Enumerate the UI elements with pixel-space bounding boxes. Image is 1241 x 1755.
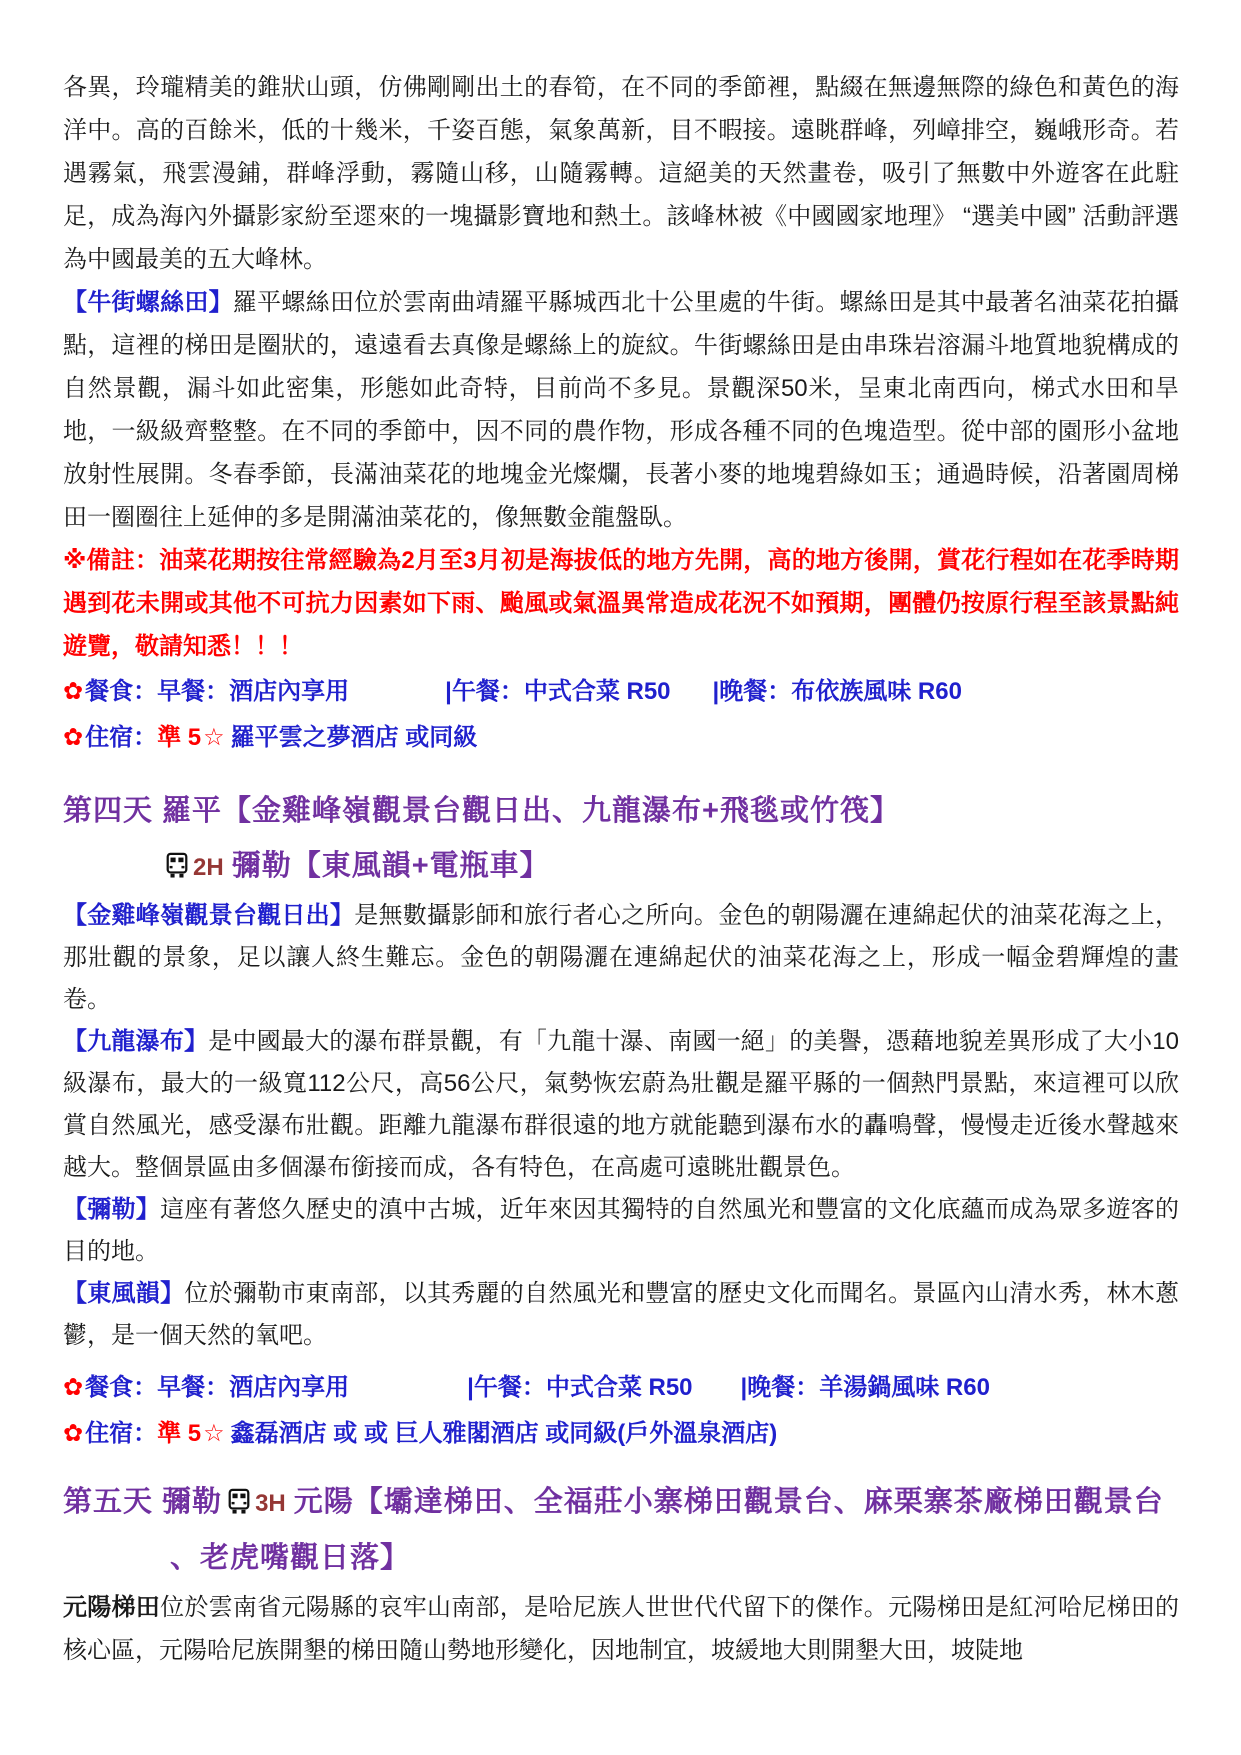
flower-icon: ✿ (63, 1374, 83, 1401)
section-text-yuanyang: 位於雲南省元陽縣的哀牢山南部，是哈尼族人世世代代留下的傑作。元陽梯田是紅河哈尼梯… (63, 1594, 1179, 1664)
section-yuanyang: 元陽梯田位於雲南省元陽縣的哀牢山南部，是哈尼族人世世代代留下的傑作。元陽梯田是紅… (63, 1586, 1179, 1672)
day4-header: 第四天 羅平【金雞峰嶺觀景台觀日出、九龍瀑布+飛毯或竹筏】 2H彌勒【東風韻+電… (63, 784, 1179, 895)
paragraph-peak-forest: 各異，玲瓏精美的錐狀山頭，仿佛剛剛出土的春筍，在不同的季節裡，點綴在無邊無際的綠… (63, 66, 1179, 281)
day5-header: 第五天 彌勒3H元陽【壩達梯田、全福莊小寨梯田觀景台、麻栗寨茶廠梯田觀景台 、老… (63, 1475, 1179, 1586)
hotel-name: 羅平雲之夢酒店 或同級 (231, 724, 478, 751)
dinner-value: |晚餐：羊湯鍋風味 R60 (741, 1374, 990, 1401)
section-text-dongfengyun: 位於彌勒市東南部，以其秀麗的自然風光和豐富的歷史文化而聞名。景區內山清水秀，林木… (63, 1280, 1179, 1349)
day4-lodging-line: ✿住宿：準 5☆鑫磊酒店 或 或 巨人雅閣酒店 或同級(戶外溫泉酒店) (63, 1411, 1179, 1457)
hotel-grade: 準 5 (157, 724, 201, 751)
breakfast-value: 早餐：酒店內享用 (157, 678, 349, 705)
hotel-name: 鑫磊酒店 或 或 巨人雅閣酒店 或同級(戶外溫泉酒店) (231, 1420, 778, 1447)
meals-label: 餐食： (85, 1374, 157, 1401)
star-icon: ☆ (203, 1420, 225, 1447)
section-text-mile: 這座有著悠久歷史的滇中古城，近年來因其獨特的自然風光和豐富的文化底蘊而成為眾多遊… (63, 1196, 1179, 1265)
section-title-niujie: 【牛街螺絲田】 (63, 289, 233, 316)
day4-destination: 彌勒【東風韻+電瓶車】 (232, 850, 550, 882)
day5-header-line1: 第五天 彌勒3H元陽【壩達梯田、全福莊小寨梯田觀景台、麻栗寨茶廠梯田觀景台 (63, 1475, 1179, 1531)
day4-meals-line: ✿餐食：早餐：酒店內享用|午餐：中式合菜 R50|晚餐：羊湯鍋風味 R60 (63, 1365, 1179, 1411)
section-title-yuanyang: 元陽梯田 (63, 1594, 160, 1621)
day4-header-line2: 2H彌勒【東風韻+電瓶車】 (63, 839, 1179, 895)
day5-header-line2: 、老虎嘴觀日落】 (63, 1531, 1179, 1586)
transfer-duration: 2H (193, 854, 224, 881)
section-title-dongfengyun: 【東風韻】 (63, 1280, 184, 1307)
day3-meals-lodging: ✿餐食：早餐：酒店內享用|午餐：中式合菜 R50|晚餐：布依族風味 R60 ✿住… (63, 669, 1179, 761)
lunch-value: |午餐：中式合菜 R50 (445, 678, 670, 705)
day5-day-label: 第五天 彌勒 (63, 1486, 222, 1518)
section-text-jiulong: 是中國最大的瀑布群景觀，有「九龍十瀑、南國一絕」的美譽，憑藉地貌差異形成了大小1… (63, 1028, 1179, 1181)
bus-icon (226, 1488, 252, 1514)
section-dongfengyun: 【東風韻】位於彌勒市東南部，以其秀麗的自然風光和豐富的歷史文化而聞名。景區內山清… (63, 1273, 1179, 1357)
section-title-jinji: 【金雞峰嶺觀景台觀日出】 (63, 902, 354, 929)
section-mile: 【彌勒】這座有著悠久歷史的滇中古城，近年來因其獨特的自然風光和豐富的文化底蘊而成… (63, 1189, 1179, 1273)
hotel-grade: 準 5 (157, 1420, 201, 1447)
day4-header-line1: 第四天 羅平【金雞峰嶺觀景台觀日出、九龍瀑布+飛毯或竹筏】 (63, 784, 1179, 839)
itinerary-page: 各異，玲瓏精美的錐狀山頭，仿佛剛剛出土的春筍，在不同的季節裡，點綴在無邊無際的綠… (0, 0, 1241, 1755)
star-icon: ☆ (203, 724, 225, 751)
dinner-value: |晚餐：布依族風味 R60 (713, 678, 962, 705)
section-title-mile: 【彌勒】 (63, 1196, 160, 1223)
day4-meals-lodging: ✿餐食：早餐：酒店內享用|午餐：中式合菜 R50|晚餐：羊湯鍋風味 R60 ✿住… (63, 1365, 1179, 1457)
flower-icon: ✿ (63, 724, 83, 751)
flower-icon: ✿ (63, 1420, 83, 1447)
section-title-jiulong: 【九龍瀑布】 (63, 1028, 208, 1055)
section-jiulong: 【九龍瀑布】是中國最大的瀑布群景觀，有「九龍十瀑、南國一絕」的美譽，憑藉地貌差異… (63, 1021, 1179, 1189)
lodging-label: 住宿： (85, 1420, 157, 1447)
day3-lodging-line: ✿住宿：準 5☆羅平雲之夢酒店 或同級 (63, 715, 1179, 761)
meals-label: 餐食： (85, 678, 157, 705)
day3-meals-line: ✿餐食：早餐：酒店內享用|午餐：中式合菜 R50|晚餐：布依族風味 R60 (63, 669, 1179, 715)
flower-icon: ✿ (63, 678, 83, 705)
lunch-value: |午餐：中式合菜 R50 (467, 1374, 692, 1401)
note-flower-season: ※備註：油菜花期按往常經驗為2月至3月初是海拔低的地方先開，高的地方後開，賞花行… (63, 539, 1179, 668)
section-text-niujie: 羅平螺絲田位於雲南曲靖羅平縣城西北十公里處的牛街。螺絲田是其中最著名油菜花拍攝點… (63, 289, 1179, 531)
lodging-label: 住宿： (85, 724, 157, 751)
bus-icon (164, 852, 190, 878)
breakfast-value: 早餐：酒店內享用 (157, 1374, 349, 1401)
day5-title-part1: 元陽【壩達梯田、全福莊小寨梯田觀景台、麻栗寨茶廠梯田觀景台 (294, 1486, 1164, 1518)
transfer-duration: 3H (255, 1490, 286, 1517)
section-jinji: 【金雞峰嶺觀景台觀日出】是無數攝影師和旅行者心之所向。金色的朝陽灑在連綿起伏的油… (63, 895, 1179, 1021)
section-niujie: 【牛街螺絲田】羅平螺絲田位於雲南曲靖羅平縣城西北十公里處的牛街。螺絲田是其中最著… (63, 281, 1179, 539)
